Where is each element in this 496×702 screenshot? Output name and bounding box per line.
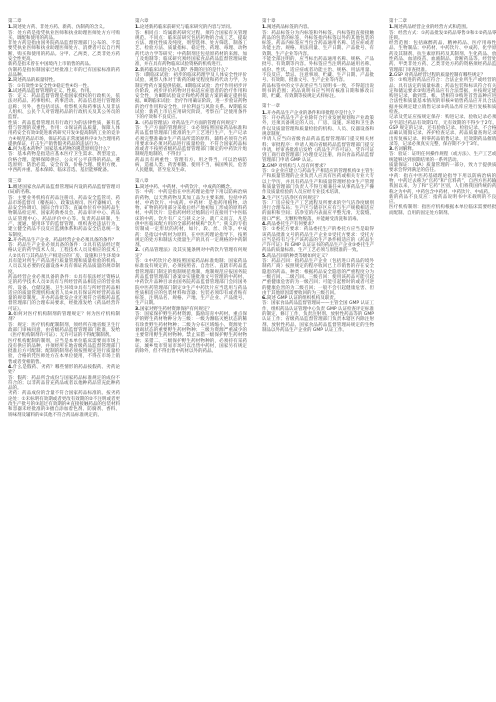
question-paragraph: 2.《药品管理法》及其实施条例对中药饮片管理有何规定？	[135, 248, 247, 259]
answer-paragraph: 经营范围：包括麻醉药品、精神药品、医疗用毒性药品、生物制品；中药材、中药饮片、中…	[389, 41, 496, 73]
question-number: 2.	[8, 78, 13, 83]
answer-paragraph: 仿制药是指仿制国家已经批准上市的已有国家标准的药品品种。	[8, 68, 120, 79]
question-number: 1.	[389, 25, 394, 30]
answer-paragraph: 新的药品不良反应：指药品说明书中未载明的不良反应。	[389, 195, 496, 206]
question-number: 1.	[8, 25, 13, 30]
question-paragraph: 4.什么是假药、劣药？哪些情形的药品按假药、劣药论处？	[8, 365, 120, 376]
question-number: 1.	[135, 25, 140, 30]
question-number: 2.	[262, 164, 267, 169]
text-column-1: 第二章1.简述处方药、非处方药、新药、仿制药的含义。答：处方药是指凭执业医师和执…	[8, 19, 120, 418]
text-column-3: 第十章1.阐述药品标签的内容。答：药品标签分为内标签和外标签。内标签指直接接触药…	[262, 19, 374, 333]
answer-paragraph: 答：厂房应按生产工艺流程及所要求的空气洁净度级别进行合理布局；生产区与储存区应有…	[262, 201, 374, 222]
question-number: 2.	[135, 248, 140, 253]
answer-paragraph: 答：生产方面的管理规定：①必须按照国家药品标准和药品监督管理部门批准的生产工艺进…	[135, 126, 247, 158]
answer-paragraph: 答：经营方式：①药品批发②药品零售③和①②药品零售连锁。	[389, 31, 496, 42]
answer-paragraph: 答：①企业应建立与药品生产相适应的管理机构②主管生产和质量管理的企业负责人应具有…	[262, 169, 374, 195]
answer-paragraph: 答：药品生产企业必须具备的条件：①具有依法经过资格认定的药学技术人员、工程技术人…	[8, 243, 120, 275]
answer-paragraph: 答：药品标签分为内标签和外标签。内标签指直接接触药品的包装的标签，外标签指内标签…	[262, 31, 374, 57]
question-number: 1.	[262, 111, 267, 116]
answer-paragraph: 答：①委托方要求：药品委托生产的委托方应当是取得该药品批准文号的药品生产企业②受…	[262, 227, 374, 253]
answer-paragraph: 记录及凭证应按规定保存：购进记录、验收记录必须保存至超过药品有效期1年，无有效期…	[389, 115, 496, 147]
chapter-heading: 第二章	[8, 19, 120, 24]
scanned-notes-page: 第二章1.简述处方药、非处方药、新药、仿制药的含义。答：处方药是指凭执业医师和执…	[0, 0, 496, 702]
question-number: 3.	[135, 307, 140, 312]
answer-paragraph: 中药：指在中医药基础理论指导下用以防病治病的药物，中药过去称为“官药”和“官料药…	[389, 174, 496, 195]
answer-paragraph: 答：相同点：均属新药研究过程，须符合国家有关管理规范。不同点：临床前研究包括药物…	[135, 31, 247, 68]
answer-paragraph: 答：国家保护野生药材资源，鼓励培育中药材。重点保护的野生药材物种分为三级：一级为…	[135, 312, 247, 354]
question-paragraph: 3.如何对医疗机构制剂的管理规定？何为医疗机构制剂？	[8, 312, 120, 323]
answer-paragraph: 质量保证：（QA）质量管理的一部分，致力于提供质量要求会得到满足的信任。	[389, 163, 496, 174]
answer-paragraph: 答：假药：药品所含成份与国家药品标准规定的成份不符合的；以非药品冒充药品或者以他…	[8, 376, 120, 392]
answer-paragraph: 答：基本药物是指适应基本医疗卫生需求、剂型适宜、价格合理、能够保障供应、公众可公…	[8, 152, 120, 173]
answer-paragraph: 药品标签中的文字表述应当与说明书一致，不得超出说明书的范围；药品说明书应当列有核…	[262, 84, 374, 100]
chapter-heading: 第三章	[8, 179, 120, 184]
text-column-2: 第六章1.论述新药临床前研究与临床研究的内容与异同。答：相同点：均属新药研究过程…	[135, 19, 247, 354]
answer-paragraph: 答：定义：药品监督管理是指国家授权的行政机关，依法对药品、药事组织、药事活动、药…	[8, 94, 120, 120]
question-number: 2.	[135, 68, 140, 73]
answer-paragraph: 非处方药是指由国务院药品监督管理部门公布的、不需要凭执业医师和执业助理医师处方、…	[8, 41, 120, 62]
question-number: 4.	[8, 365, 13, 370]
answer-paragraph: 答：开办药品生产企业除符合行业发展规划和产业政策外，还须具备规定的人员、厂房、设…	[262, 116, 374, 137]
answer-paragraph: 申请人应当向省级食品药品监督管理部门提交相关材料；审批程序：申请人须向省级药品监…	[262, 137, 374, 163]
chapter-heading: 第十二章	[389, 19, 496, 24]
question-number: 3.	[8, 312, 13, 317]
question-paragraph: 1.概述国家食品药品监督管理局内设的药品监督管理司(局)的名称。	[8, 185, 120, 196]
answer-paragraph: 医疗机构制剂：指医疗机构根据本单位临床需要经批准而配制、自用的固定处方制剂。	[389, 205, 496, 216]
answer-paragraph: 答：处方药是指凭执业医师和执业助理医师处方方可购买、调配和使用的药品。	[8, 31, 120, 42]
answer-paragraph: 医疗机构配制的制剂，应当是本单位临床需要而市场上没有供应的品种，并须经所在地省级…	[8, 339, 120, 365]
chapter-heading: 第六章	[135, 19, 247, 24]
chapter-heading: 第十一章	[262, 104, 374, 109]
answer-paragraph: 劣药：药品成份的含量不符合国家药品标准的。按劣药论处：①未标明有效期或者更改有效…	[8, 391, 120, 417]
answer-paragraph: 答：规定：医疗机构配制制剂，须经所在地省级卫生行政部门审核同意，由省级药品监督管…	[8, 323, 120, 339]
answer-paragraph: 答：药品召回：指药品生产企业（包括进口药品的境外制药厂商）按照规定的程序收回已上…	[262, 259, 374, 296]
question-paragraph: 1.论述新药临床前研究与临床研究的内容与异同。	[135, 25, 247, 30]
question-number: 1.	[8, 185, 13, 190]
answer-paragraph: 不能全部注明的，应当标出药品通用名称、规格、产品批号、有效期等内容。外标签应当注…	[262, 57, 374, 83]
question-number: 3.	[135, 121, 140, 126]
answer-paragraph: 答：①中药饮片必须按照国家药品标准炮制；国家药品标准没有规定的，必须按照省、自治…	[135, 259, 247, 307]
question-number: 1.	[262, 25, 267, 30]
answer-paragraph: 答：①购进的药品应符合：合法企业所生产或经营的药品；具有法定的质量标准；药品包装…	[389, 78, 496, 115]
answer-paragraph: 答：验证：证明任何操作规程（或方法）、生产工艺或系统能够达到预期结果的一系列活动…	[389, 152, 496, 163]
answer-paragraph: 答：主要业务机构有药品注册司、药品安全监管司、药品市场监督司（稽查局）、政策法规…	[8, 196, 120, 238]
question-paragraph: 1.简述处方药、非处方药、新药、仿制药的含义。	[8, 25, 120, 30]
answer-paragraph: 性质：药品监督管理具有行政行为的法律性质，兼有监督与管理的双重性。作用：①保证药…	[8, 121, 120, 147]
chapter-heading: 第八章	[135, 179, 247, 184]
answer-paragraph: 答：国家食品药品监督管理局——主管全国 GMP 认证工作，组织药品认证管理中心负…	[262, 301, 374, 333]
text-column-4: 第十二章1.阐述药品经营企业的经营方式和范围。答：经营方式：①药品批发②药品零售…	[389, 19, 496, 216]
answer-paragraph: 药品经营企业必须具备的条件：①具有依法经过资格认定的药学技术人员②具有与所经营药…	[8, 275, 120, 312]
answer-paragraph: 药品具有两重性：管理有方、用之得当，可以治病防病，造福人类；药害相随、使用不当，…	[135, 158, 247, 174]
question-number: 3.	[262, 196, 267, 201]
answer-paragraph: 答：中药：中药是指在中医药理论指导下用以防病治病的药物，以天然药物及其加工品为主…	[135, 190, 247, 248]
chapter-heading: 第十章	[262, 19, 374, 24]
notes-columns: 第二章1.简述处方药、非处方药、新药、仿制药的含义。答：处方药是指凭执业医师和执…	[8, 19, 491, 418]
answer-paragraph: 答：Ⅰ期临床试验：初步的临床药理学及人体安全性评价试验，观察人体对于新药的耐受程…	[135, 73, 247, 121]
